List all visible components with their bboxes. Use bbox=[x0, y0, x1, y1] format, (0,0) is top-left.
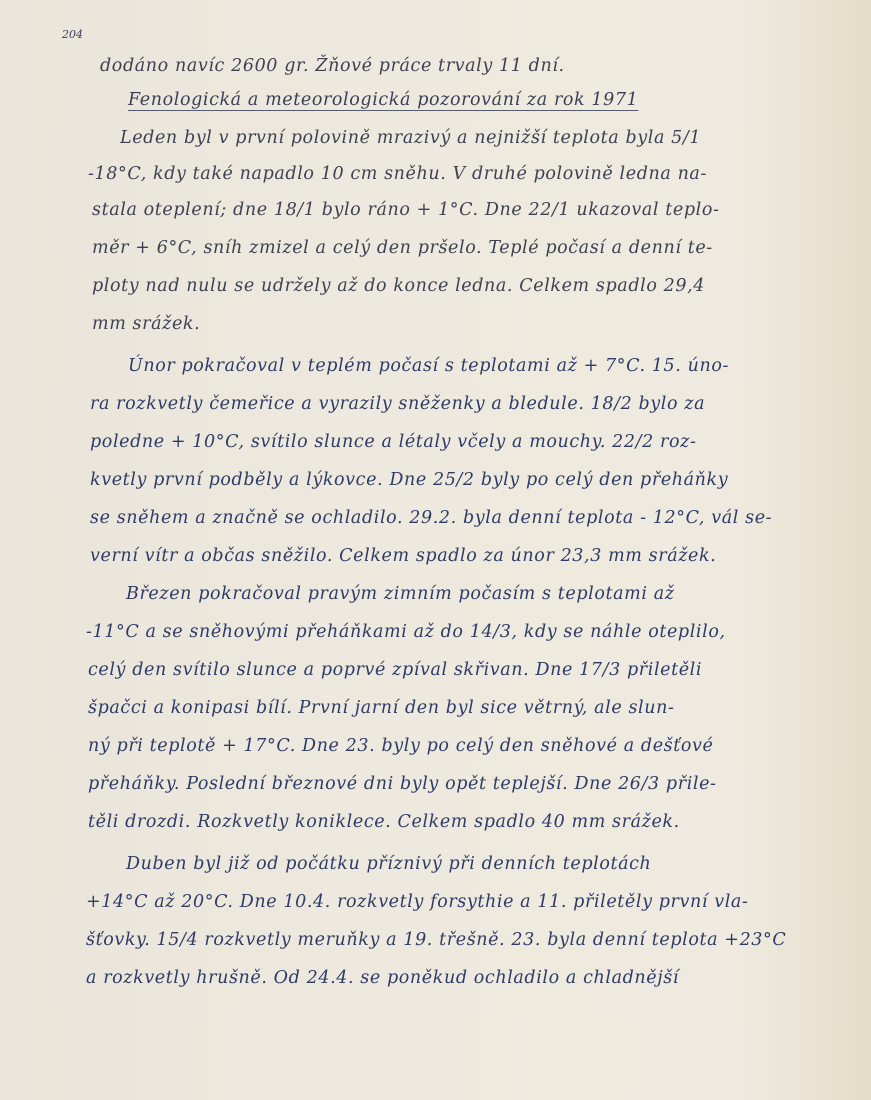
text-line: verní vítr a občas sněžilo. Celkem spadl… bbox=[90, 546, 716, 566]
text-line: a rozkvetly hrušně. Od 24.4. se poněkud … bbox=[86, 968, 679, 988]
text-line: poledne + 10°C, svítilo slunce a létaly … bbox=[90, 432, 696, 452]
text-line: Leden byl v první polovině mrazivý a nej… bbox=[120, 128, 701, 148]
text-line: +14°C až 20°C. Dne 10.4. rozkvetly forsy… bbox=[86, 892, 748, 912]
text-line: přeháňky. Poslední březnové dni byly opě… bbox=[88, 774, 717, 794]
text-line: ný při teplotě + 17°C. Dne 23. byly po c… bbox=[88, 736, 713, 756]
text-line: kvetly první podběly a lýkovce. Dne 25/2… bbox=[90, 470, 728, 490]
chronicle-page: 204 dodáno navíc 2600 gr. Žňové práce tr… bbox=[0, 0, 871, 1100]
page-number: 204 bbox=[62, 28, 83, 41]
text-line: -18°C, kdy také napadlo 10 cm sněhu. V d… bbox=[88, 164, 707, 184]
section-heading: Fenologická a meteorologická pozorování … bbox=[128, 90, 638, 110]
text-line: -11°C a se sněhovými přeháňkami až do 14… bbox=[86, 622, 726, 642]
text-line: Březen pokračoval pravým zimním počasím … bbox=[126, 584, 675, 604]
text-line: celý den svítilo slunce a poprvé zpíval … bbox=[88, 660, 702, 680]
text-line: se sněhem a značně se ochladilo. 29.2. b… bbox=[90, 508, 772, 528]
text-line: šťovky. 15/4 rozkvetly meruňky a 19. tře… bbox=[86, 930, 786, 950]
text-line: stala oteplení; dne 18/1 bylo ráno + 1°C… bbox=[92, 200, 720, 220]
text-line: ploty nad nulu se udržely až do konce le… bbox=[92, 276, 705, 296]
text-line: těli drozdi. Rozkvetly koniklece. Celkem… bbox=[88, 812, 680, 832]
intro-line: dodáno navíc 2600 gr. Žňové práce trvaly… bbox=[100, 56, 565, 76]
text-line: mm srážek. bbox=[92, 314, 200, 334]
text-line: měr + 6°C, sníh zmizel a celý den pršelo… bbox=[92, 238, 713, 258]
text-line: ra rozkvetly čemeřice a vyrazily sněženk… bbox=[90, 394, 705, 414]
text-line: špačci a konipasi bílí. První jarní den … bbox=[88, 698, 675, 718]
text-line: Únor pokračoval v teplém počasí s teplot… bbox=[128, 356, 729, 376]
text-line: Duben byl již od počátku příznivý při de… bbox=[126, 854, 651, 874]
